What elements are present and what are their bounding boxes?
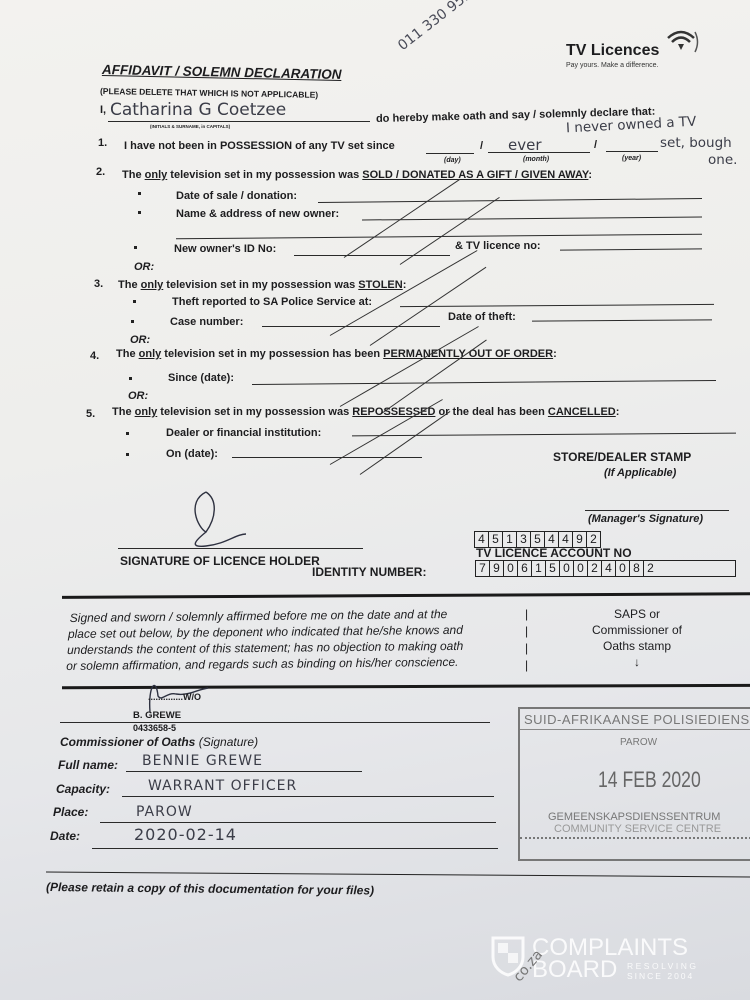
field-label: Case number: <box>170 316 243 328</box>
status-text: REPOSSESSED <box>352 406 435 418</box>
emphasis: only <box>135 406 158 418</box>
full-name-label: Full name: <box>58 758 118 772</box>
place-label: Place: <box>53 805 88 819</box>
or-separator: OR: <box>134 261 154 273</box>
text: : <box>588 169 592 181</box>
field-label: Date of sale / donation: <box>176 190 297 202</box>
declarant-prefix: I, <box>100 104 106 116</box>
dealer-stamp-title: STORE/DEALER STAMP <box>553 450 691 464</box>
saps-stamp: SUID-AFRIKAANSE POLISIEDIENS PAROW 14 FE… <box>518 707 750 861</box>
stamp-header: SUID-AFRIKAANSE POLISIEDIENS <box>524 712 750 727</box>
digit-cell: 0 <box>504 561 518 576</box>
oath-statement: Signed and sworn / solemnly affirmed bef… <box>66 606 464 674</box>
place-value[interactable]: PAROW <box>136 804 193 820</box>
brand-tagline: Pay yours. Make a difference. <box>566 62 658 69</box>
stamp-station: PAROW <box>620 737 657 748</box>
handwritten-note-line-3: one. <box>708 152 737 168</box>
text: television set in my possession was <box>167 169 362 181</box>
digit-cell: 7 <box>476 561 490 576</box>
item-4-number: 4. <box>90 350 99 362</box>
identity-number[interactable]: 7906150024082 <box>475 560 736 577</box>
item-5-text: The only television set in my possession… <box>112 406 619 418</box>
saps-stamp-hint: SAPS or Commissioner of Oaths stamp ↓ <box>572 606 702 670</box>
year-label: (year) <box>622 155 641 162</box>
status-text: SOLD / DONATED AS A GIFT / GIVEN AWAY <box>362 169 588 181</box>
capacity-value[interactable]: WARRANT OFFICER <box>148 778 297 794</box>
full-name-value[interactable]: BENNIE GREWE <box>142 753 263 769</box>
digit-cell: 8 <box>630 561 644 576</box>
handwritten-note-line-2: set, bough <box>660 135 732 151</box>
handwritten-phone: 011 330 9555 <box>395 0 482 54</box>
digit-cell: 2 <box>644 561 657 576</box>
label: Commissioner of Oaths <box>60 735 195 749</box>
licence-holder-signature <box>176 488 256 552</box>
day-label: (day) <box>444 157 461 164</box>
capacity-label: Capacity: <box>56 782 110 796</box>
digit-cell: 1 <box>532 561 546 576</box>
field-label: Name & address of new owner: <box>176 208 339 220</box>
field-label: Theft reported to SA Police Service at: <box>172 296 372 308</box>
digit-cell: 4 <box>559 532 573 547</box>
item-1-text: I have not been in POSSESSION of any TV … <box>124 140 395 152</box>
or-separator: OR: <box>128 390 148 402</box>
date-separator: / <box>480 140 483 152</box>
date-label: Date: <box>50 829 80 843</box>
stamp-date: 14 FEB 2020 <box>598 767 701 793</box>
item-4-text: The only television set in my possession… <box>116 348 557 360</box>
oath-line: or solemn affirmation, and regards such … <box>66 654 463 674</box>
manager-signature-label: (Manager's Signature) <box>588 513 703 525</box>
field-label: & TV licence no: <box>455 240 541 252</box>
digit-cell: 4 <box>545 532 559 547</box>
status-text: CANCELLED <box>548 406 616 418</box>
text: : <box>616 406 620 418</box>
text: The <box>112 406 135 418</box>
watermark-line-2: BOARD <box>532 956 617 984</box>
field-label: Dealer or financial institution: <box>166 427 321 439</box>
digit-cell: 0 <box>616 561 630 576</box>
text: The <box>122 169 145 181</box>
digit-cell: 4 <box>602 561 616 576</box>
text: or the deal has been <box>435 406 547 418</box>
hint-line: Oaths stamp <box>572 638 702 654</box>
text: The <box>116 348 139 360</box>
month-label: (month) <box>523 156 549 163</box>
text: : <box>553 348 557 360</box>
item-3-number: 3. <box>94 278 103 290</box>
brand-logo: TV Licences <box>566 42 659 60</box>
item-2-number: 2. <box>96 166 105 178</box>
text: The <box>118 279 141 291</box>
item-5-number: 5. <box>86 408 95 420</box>
watermark-tag-1: RESOLVING <box>627 961 698 971</box>
digit-cell: 2 <box>588 561 602 576</box>
digit-cell: 9 <box>490 561 504 576</box>
text: : <box>403 279 407 291</box>
text: television set in my possession has been <box>161 348 383 360</box>
digit-cell: 5 <box>546 561 560 576</box>
brand-name: TV Licences <box>566 42 659 59</box>
declarant-name[interactable]: Catharina G Coetzee <box>110 100 286 120</box>
digit-cell: 0 <box>560 561 574 576</box>
digit-cell: 2 <box>587 532 600 547</box>
digit-cell: 0 <box>574 561 588 576</box>
dealer-stamp-subtitle: (If Applicable) <box>604 467 676 479</box>
digit-cell: 5 <box>489 532 503 547</box>
item-3-text: The only television set in my possession… <box>118 279 406 291</box>
declarant-name-caption: (INITIALS & SURNAME, in CAPITALS) <box>150 124 230 129</box>
footer-note: (Please retain a copy of this documentat… <box>46 880 374 897</box>
page-subtitle: (PLEASE DELETE THAT WHICH IS NOT APPLICA… <box>100 86 318 100</box>
status-text: STOLEN <box>358 279 402 291</box>
caption: (Signature) <box>199 735 258 749</box>
date-separator: / <box>594 139 597 151</box>
digit-cell: 3 <box>517 532 531 547</box>
status-text: PERMANENTLY OUT OF ORDER <box>383 348 553 360</box>
emphasis: only <box>145 169 168 181</box>
date-value[interactable]: 2020-02-14 <box>134 825 237 844</box>
hint-line: SAPS or <box>572 606 702 622</box>
account-number-label: TV LICENCE ACCOUNT NO <box>476 546 632 560</box>
field-label: Date of theft: <box>448 311 516 323</box>
page-title: AFFIDAVIT / SOLEMN DECLARATION <box>102 62 342 82</box>
digit-cell: 1 <box>503 532 517 547</box>
month-value[interactable]: ever <box>508 136 542 154</box>
field-label: On (date): <box>166 448 218 460</box>
digit-cell: 9 <box>573 532 587 547</box>
text: television set in my possession was <box>157 406 352 418</box>
text: television set in my possession was <box>163 279 358 291</box>
field-label: Since (date): <box>168 372 234 384</box>
item-1-number: 1. <box>98 137 107 149</box>
digit-cell: 6 <box>518 561 532 576</box>
stamp-line: GEMEENSKAPSDIENSSENTRUM <box>548 811 720 823</box>
item-2-text: The only television set in my possession… <box>122 169 592 181</box>
emphasis: only <box>139 348 162 360</box>
stamp-rank: W/O <box>183 692 201 702</box>
commissioner-name-stamp: B. GREWE <box>133 710 181 721</box>
or-separator: OR: <box>130 334 150 346</box>
stamp-line: COMMUNITY SERVICE CENTRE <box>554 823 721 835</box>
broadcast-signal-icon <box>662 24 700 56</box>
digit-cell: 4 <box>475 532 489 547</box>
arrow-down-icon: ↓ <box>572 654 702 670</box>
digit-cell: 5 <box>531 532 545 547</box>
hint-line: Commissioner of <box>572 622 702 638</box>
commissioner-rank-stamp: ..............W/O <box>148 692 201 702</box>
affidavit-document: 011 330 9555 TV Licences Pay yours. Make… <box>0 0 750 1000</box>
emphasis: only <box>141 279 164 291</box>
licence-holder-signature-label: SIGNATURE OF LICENCE HOLDER <box>120 554 320 568</box>
commissioner-number-stamp: 0433658-5 <box>133 723 176 733</box>
commissioner-signature-label: Commissioner of Oaths (Signature) <box>60 735 258 749</box>
field-label: New owner's ID No: <box>174 243 276 255</box>
watermark-tag-2: SINCE 2004 <box>627 971 694 981</box>
identity-number-label: IDENTITY NUMBER: <box>312 565 426 579</box>
